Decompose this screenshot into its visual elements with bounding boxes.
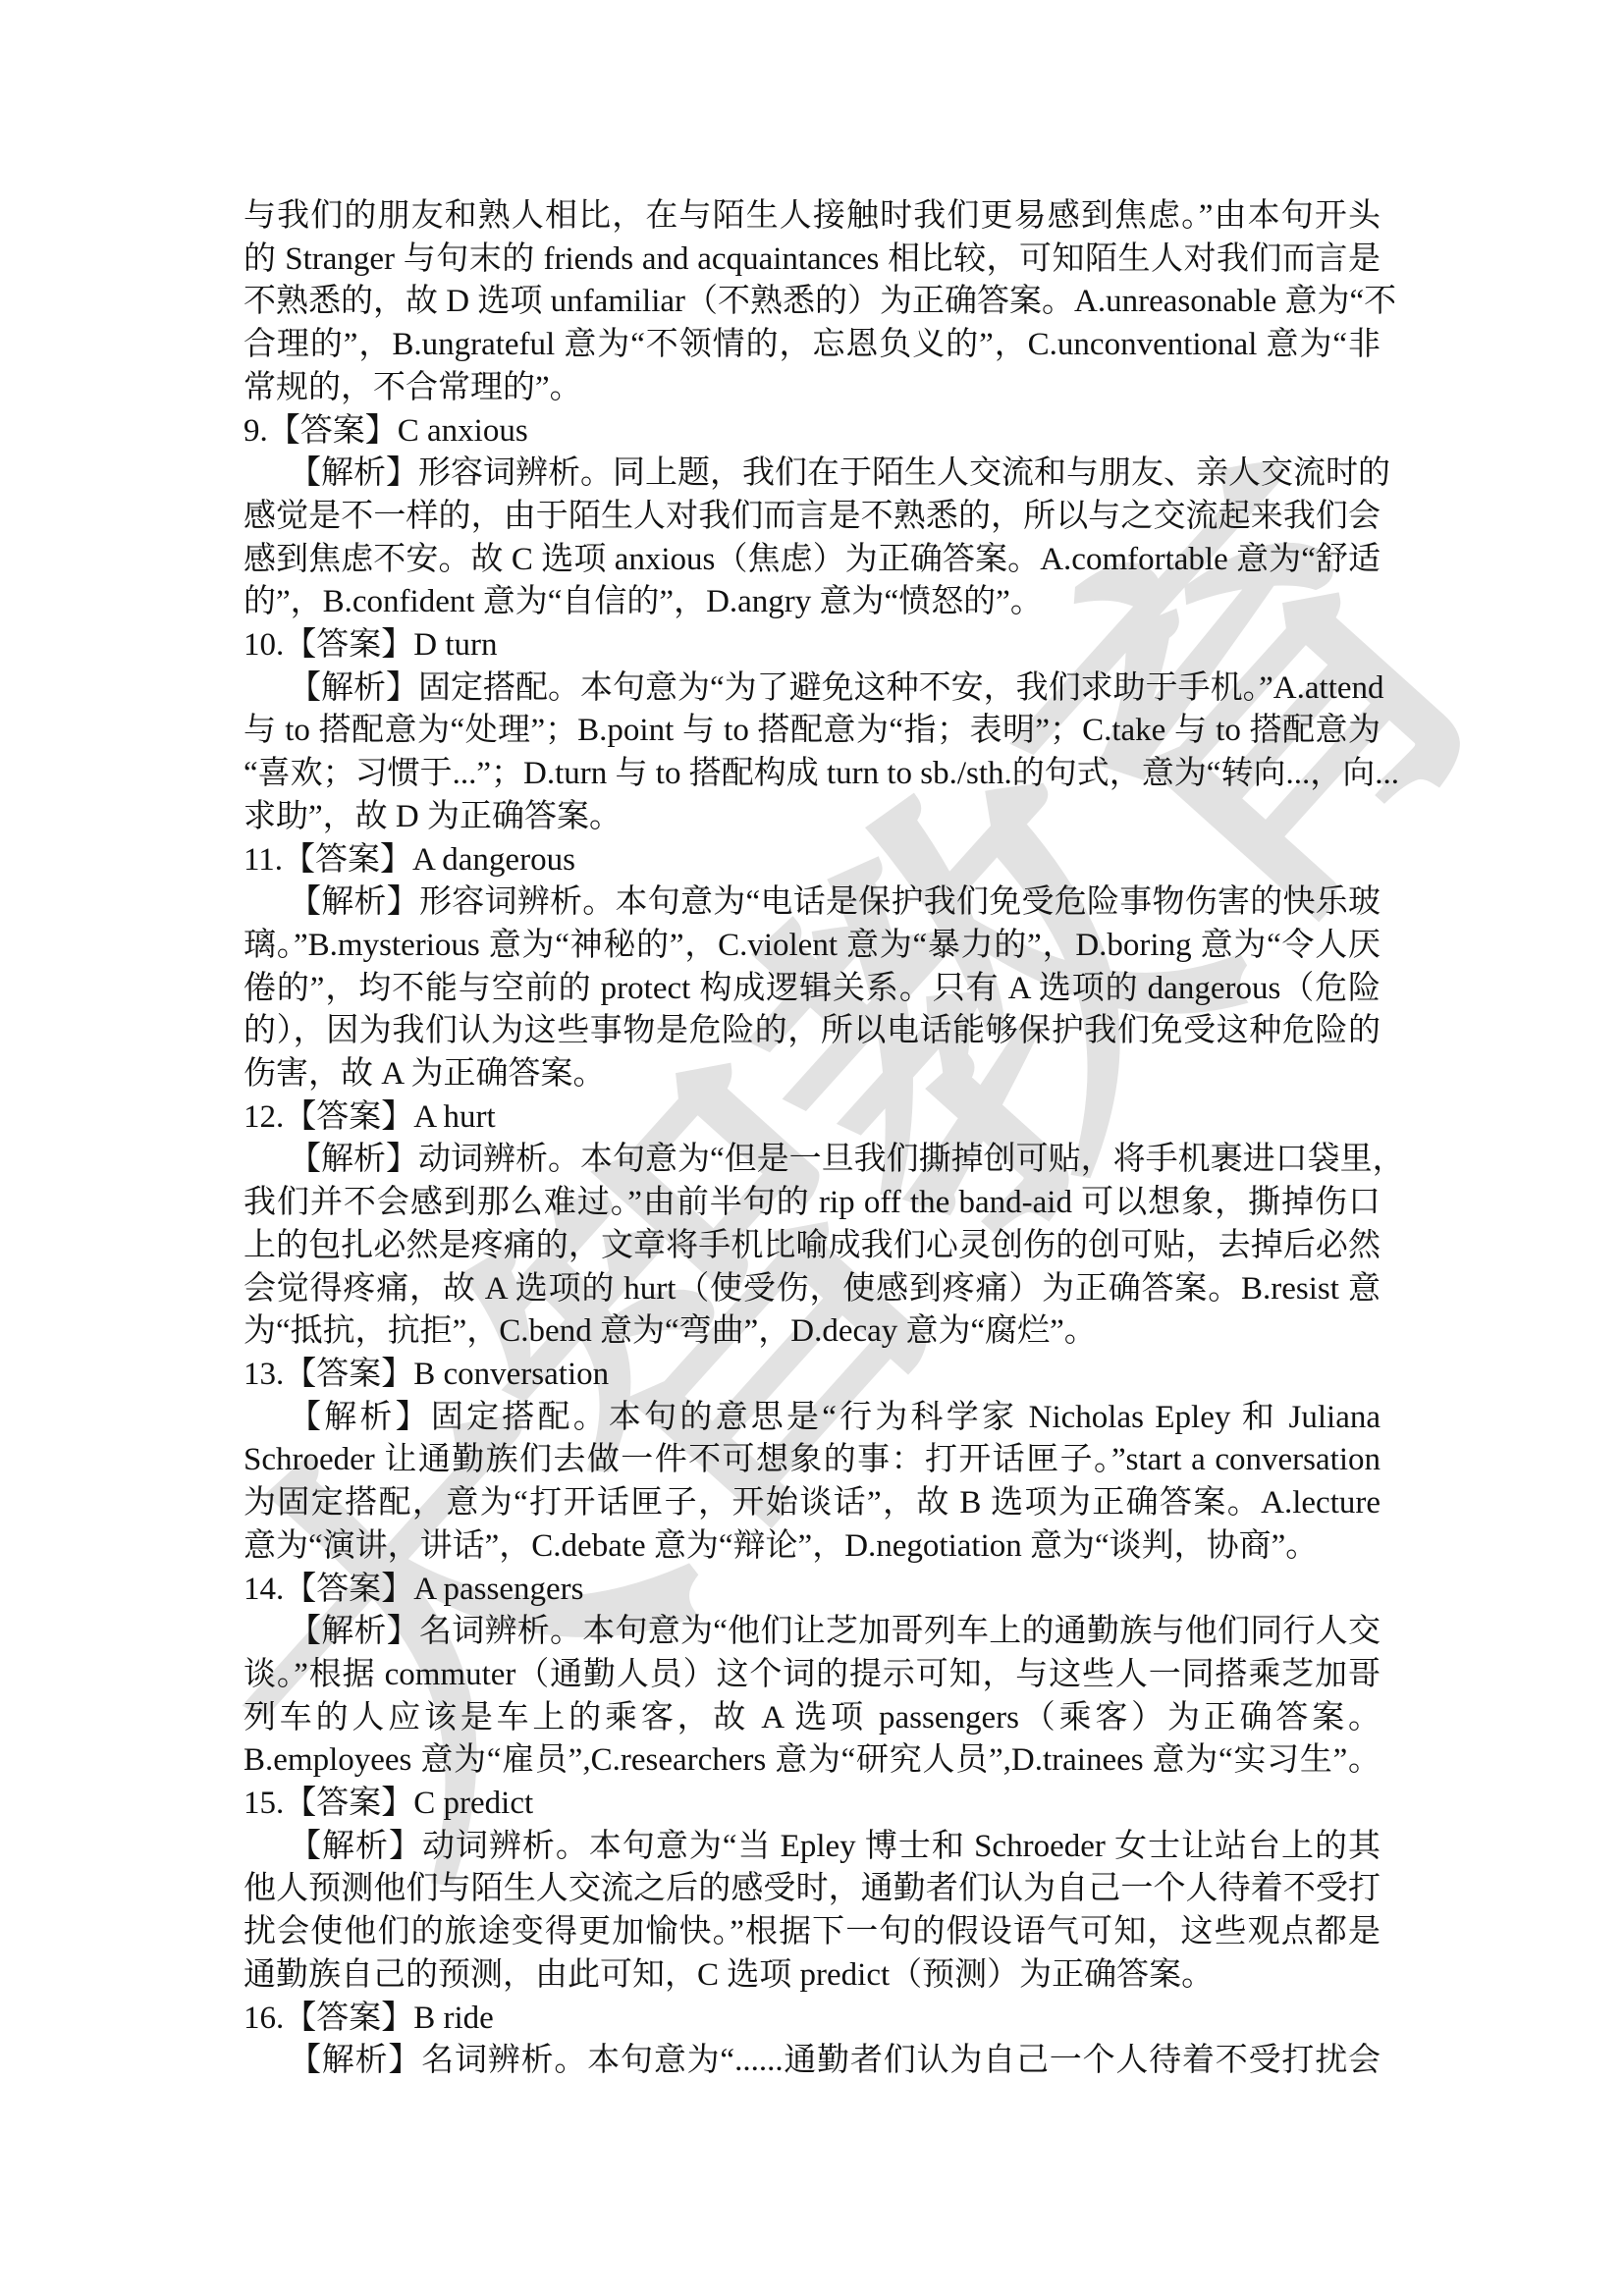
- analysis-line: 意为“演讲，讲话”，C.debate 意为“辩论”，D.negotiation …: [244, 1525, 1380, 1569]
- document-page: 大智教育 与我们的朋友和熟人相比，在与陌生人接触时我们更易感到焦虑。”由本句开头…: [0, 0, 1624, 2296]
- answer-line: 15.【答案】C predict: [244, 1783, 1380, 1826]
- answer-line: 11.【答案】A dangerous: [244, 839, 1380, 882]
- analysis-line: 【解析】名词辨析。本句意为“他们让芝加哥列车上的通勤族与他们同行人交: [244, 1611, 1380, 1654]
- answer-line: 10.【答案】D turn: [244, 624, 1380, 667]
- analysis-line: 璃。”B.mysterious 意为“神秘的”，C.violent 意为“暴力的…: [244, 925, 1380, 968]
- analysis-line: “喜欢；习惯于...”；D.turn 与 to 搭配构成 turn to sb.…: [244, 753, 1380, 796]
- analysis-line: 求助”，故 D 为正确答案。: [244, 796, 1380, 839]
- analysis-line: 列车的人应该是车上的乘客，故 A 选项 passengers（乘客）为正确答案。: [244, 1697, 1380, 1740]
- continuation-line: 常规的，不合常理的”。: [244, 367, 1380, 410]
- answer-line: 13.【答案】B conversation: [244, 1354, 1380, 1397]
- analysis-line: 上的包扎必然是疼痛的，文章将手机比喻成我们心灵创伤的创可贴，去掉后必然: [244, 1225, 1380, 1268]
- answer-line: 16.【答案】B ride: [244, 1998, 1380, 2041]
- continuation-line: 的 Stranger 与句末的 friends and acquaintance…: [244, 239, 1380, 282]
- answer-line: 14.【答案】A passengers: [244, 1569, 1380, 1612]
- analysis-line: 会觉得疼痛，故 A 选项的 hurt（使受伤，使感到疼痛）为正确答案。B.res…: [244, 1268, 1380, 1311]
- analysis-line: 伤害，故 A 为正确答案。: [244, 1053, 1380, 1096]
- analysis-line: 扰会使他们的旅途变得更加愉快。”根据下一句的假设语气可知，这些观点都是: [244, 1911, 1380, 1954]
- continuation-line: 不熟悉的，故 D 选项 unfamiliar（不熟悉的）为正确答案。A.unre…: [244, 281, 1380, 324]
- analysis-line: 【解析】固定搭配。本句意为“为了避免这种不安，我们求助于手机。”A.attend: [244, 667, 1380, 711]
- analysis-line: 他人预测他们与陌生人交流之后的感受时，通勤者们认为自己一个人待着不受打: [244, 1868, 1380, 1911]
- analysis-line: 通勤族自己的预测，由此可知，C 选项 predict（预测）为正确答案。: [244, 1954, 1380, 1998]
- analysis-line: B.employees 意为“雇员”,C.researchers 意为“研究人员…: [244, 1739, 1380, 1783]
- analysis-line: 的”，B.confident 意为“自信的”，D.angry 意为“愤怒的”。: [244, 581, 1380, 624]
- analysis-line: 【解析】名词辨析。本句意为“......通勤者们认为自己一个人待着不受打扰会: [244, 2040, 1380, 2083]
- analysis-line: 【解析】形容词辨析。本句意为“电话是保护我们免受危险事物伤害的快乐玻: [244, 881, 1380, 925]
- answer-line: 12.【答案】A hurt: [244, 1096, 1380, 1140]
- analysis-line: 为固定搭配，意为“打开话匣子，开始谈话”，故 B 选项为正确答案。A.lectu…: [244, 1482, 1380, 1525]
- analysis-line: 【解析】动词辨析。本句意为“当 Epley 博士和 Schroeder 女士让站…: [244, 1826, 1380, 1869]
- analysis-line: 感到焦虑不安。故 C 选项 anxious（焦虑）为正确答案。A.comfort…: [244, 539, 1380, 582]
- answer-line: 9.【答案】C anxious: [244, 410, 1380, 454]
- answer-explanations: 与我们的朋友和熟人相比，在与陌生人接触时我们更易感到焦虑。”由本句开头的 Str…: [244, 195, 1380, 2083]
- analysis-line: 倦的”，均不能与空前的 protect 构成逻辑关系。只有 A 选项的 dang…: [244, 968, 1380, 1011]
- analysis-line: 的），因为我们认为这些事物是危险的，所以电话能够保护我们免受这种危险的: [244, 1010, 1380, 1053]
- analysis-line: 与 to 搭配意为“处理”；B.point 与 to 搭配意为“指；表明”；C.…: [244, 710, 1380, 753]
- analysis-line: 为“抵抗，抗拒”，C.bend 意为“弯曲”，D.decay 意为“腐烂”。: [244, 1310, 1380, 1354]
- analysis-line: 【解析】动词辨析。本句意为“但是一旦我们撕掉创可贴，将手机裹进口袋里，: [244, 1139, 1380, 1182]
- analysis-line: 我们并不会感到那么难过。”由前半句的 rip off the band-aid …: [244, 1182, 1380, 1225]
- continuation-line: 合理的”，B.ungrateful 意为“不领情的，忘恩负义的”，C.uncon…: [244, 324, 1380, 367]
- analysis-line: 【解析】形容词辨析。同上题，我们在于陌生人交流和与朋友、亲人交流时的: [244, 453, 1380, 496]
- analysis-line: Schroeder 让通勤族们去做一件不可想象的事：打开话匣子。”start a…: [244, 1439, 1380, 1482]
- analysis-line: 【解析】固定搭配。本句的意思是“行为科学家 Nicholas Epley 和 J…: [244, 1397, 1380, 1440]
- analysis-line: 谈。”根据 commuter（通勤人员）这个词的提示可知，与这些人一同搭乘芝加哥: [244, 1654, 1380, 1697]
- analysis-line: 感觉是不一样的，由于陌生人对我们而言是不熟悉的，所以与之交流起来我们会: [244, 496, 1380, 539]
- continuation-line: 与我们的朋友和熟人相比，在与陌生人接触时我们更易感到焦虑。”由本句开头: [244, 195, 1380, 239]
